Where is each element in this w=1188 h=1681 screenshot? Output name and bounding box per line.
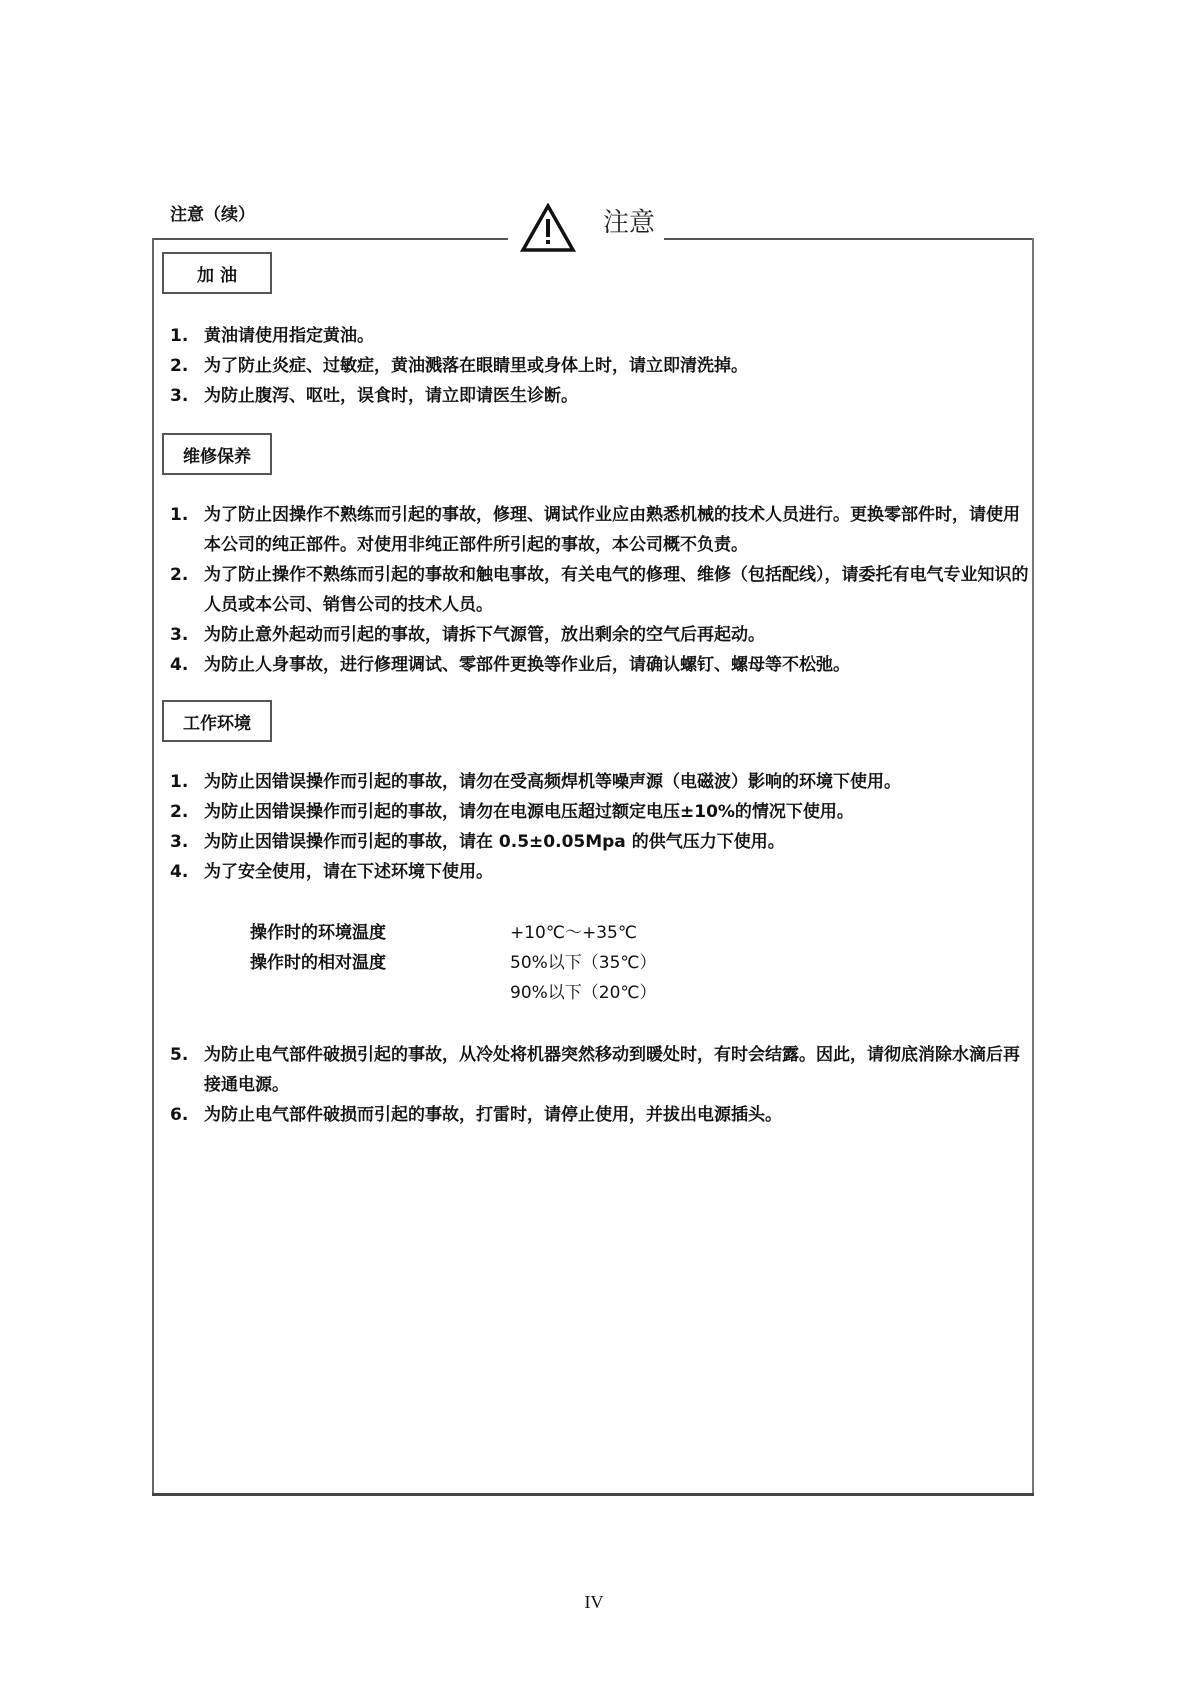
section-title-environment: 工作环境 — [162, 700, 272, 742]
list-item: 4. 为防止人身事故，进行修理调试、零部件更换等作业后，请确认螺钉、螺母等不松弛… — [170, 650, 1030, 680]
item-text: 为防止腹泻、呕吐，误食时，请立即请医生诊断。 — [204, 381, 1030, 411]
list-item: 2. 为了防止操作不熟练而引起的事故和触电事故，有关电气的修理、维修（包括配线）… — [170, 560, 1030, 620]
frame-right-border — [1032, 238, 1034, 1495]
list-item: 2. 为防止因错误操作而引起的事故，请勿在电源电压超过额定电压±10%的情况下使… — [170, 797, 1030, 827]
continued-label: 注意（续） — [170, 200, 255, 225]
item-number: 3. — [170, 620, 204, 650]
item-text: 为了防止因操作不熟练而引起的事故，修理、调试作业应由熟悉机械的技术人员进行。更换… — [204, 500, 1030, 560]
condition-value: 50%以下（35℃） — [510, 948, 657, 978]
frame-top-border-left — [152, 238, 508, 240]
condition-label: 操作时的相对温度 — [250, 948, 510, 978]
item-number: 1. — [170, 500, 204, 560]
list-item: 5. 为防止电气部件破损引起的事故，从冷处将机器突然移动到暖处时，有时会结露。因… — [170, 1040, 1030, 1100]
section-title-lubrication: 加 油 — [162, 252, 272, 294]
caution-title: 注意 — [603, 202, 655, 239]
list-item: 1. 黄油请使用指定黄油。 — [170, 321, 1030, 351]
item-number: 2. — [170, 351, 204, 381]
item-text: 为防止因错误操作而引起的事故，请在 0.5±0.05Mpa 的供气压力下使用。 — [204, 827, 1030, 857]
section-title-maintenance: 维修保养 — [162, 433, 272, 475]
condition-value: +10℃～+35℃ — [510, 918, 637, 948]
item-text: 为了安全使用，请在下述环境下使用。 — [204, 857, 1030, 887]
condition-label — [250, 978, 510, 1008]
item-number: 1. — [170, 767, 204, 797]
warning-triangle-icon — [520, 203, 576, 253]
condition-value: 90%以下（20℃） — [510, 978, 657, 1008]
frame-left-border — [152, 238, 154, 1495]
item-number: 4. — [170, 857, 204, 887]
item-text: 为防止电气部件破损引起的事故，从冷处将机器突然移动到暖处时，有时会结露。因此，请… — [204, 1040, 1030, 1100]
environment-list: 1. 为防止因错误操作而引起的事故，请勿在受高频焊机等噪声源（电磁波）影响的环境… — [170, 767, 1030, 887]
list-item: 6. 为防止电气部件破损而引起的事故，打雷时，请停止使用，并拔出电源插头。 — [170, 1100, 1030, 1130]
frame-bottom-border — [152, 1493, 1034, 1496]
list-item: 2. 为了防止炎症、过敏症，黄油溅落在眼睛里或身体上时，请立即清洗掉。 — [170, 351, 1030, 381]
table-row: 操作时的相对温度 50%以下（35℃） — [250, 948, 657, 978]
item-text: 为防止电气部件破损而引起的事故，打雷时，请停止使用，并拔出电源插头。 — [204, 1100, 1030, 1130]
item-number: 6. — [170, 1100, 204, 1130]
item-number: 2. — [170, 797, 204, 827]
condition-label: 操作时的环境温度 — [250, 918, 510, 948]
item-number: 1. — [170, 321, 204, 351]
lubrication-list: 1. 黄油请使用指定黄油。 2. 为了防止炎症、过敏症，黄油溅落在眼睛里或身体上… — [170, 321, 1030, 411]
item-number: 3. — [170, 827, 204, 857]
table-row: 操作时的环境温度 +10℃～+35℃ — [250, 918, 657, 948]
list-item: 4. 为了安全使用，请在下述环境下使用。 — [170, 857, 1030, 887]
item-number: 3. — [170, 381, 204, 411]
environment-conditions-table: 操作时的环境温度 +10℃～+35℃ 操作时的相对温度 50%以下（35℃） 9… — [250, 918, 657, 1008]
item-number: 2. — [170, 560, 204, 620]
list-item: 1. 为了防止因操作不熟练而引起的事故，修理、调试作业应由熟悉机械的技术人员进行… — [170, 500, 1030, 560]
list-item: 3. 为防止腹泻、呕吐，误食时，请立即请医生诊断。 — [170, 381, 1030, 411]
environment-list-continued: 5. 为防止电气部件破损引起的事故，从冷处将机器突然移动到暖处时，有时会结露。因… — [170, 1040, 1030, 1130]
item-text: 为防止因错误操作而引起的事故，请勿在受高频焊机等噪声源（电磁波）影响的环境下使用… — [204, 767, 1030, 797]
list-item: 3. 为防止意外起动而引起的事故，请拆下气源管，放出剩余的空气后再起动。 — [170, 620, 1030, 650]
maintenance-list: 1. 为了防止因操作不熟练而引起的事故，修理、调试作业应由熟悉机械的技术人员进行… — [170, 500, 1030, 680]
item-number: 5. — [170, 1040, 204, 1100]
item-text: 为了防止操作不熟练而引起的事故和触电事故，有关电气的修理、维修（包括配线），请委… — [204, 560, 1030, 620]
item-text: 为防止意外起动而引起的事故，请拆下气源管，放出剩余的空气后再起动。 — [204, 620, 1030, 650]
item-text: 为防止人身事故，进行修理调试、零部件更换等作业后，请确认螺钉、螺母等不松弛。 — [204, 650, 1030, 680]
item-text: 黄油请使用指定黄油。 — [204, 321, 1030, 351]
table-row: 90%以下（20℃） — [250, 978, 657, 1008]
list-item: 3. 为防止因错误操作而引起的事故，请在 0.5±0.05Mpa 的供气压力下使… — [170, 827, 1030, 857]
item-number: 4. — [170, 650, 204, 680]
frame-top-border-right — [664, 238, 1033, 240]
list-item: 1. 为防止因错误操作而引起的事故，请勿在受高频焊机等噪声源（电磁波）影响的环境… — [170, 767, 1030, 797]
item-text: 为了防止炎症、过敏症，黄油溅落在眼睛里或身体上时，请立即清洗掉。 — [204, 351, 1030, 381]
page-number: IV — [0, 1592, 1188, 1613]
item-text: 为防止因错误操作而引起的事故，请勿在电源电压超过额定电压±10%的情况下使用。 — [204, 797, 1030, 827]
